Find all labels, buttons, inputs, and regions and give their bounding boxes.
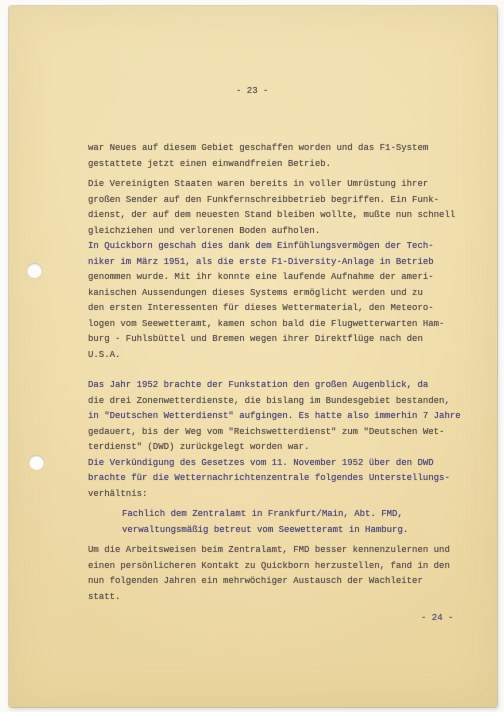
text-line: großen Sender auf den Funkfernschreibbet… (88, 193, 480, 209)
text-line: den ersten Interessenten für dieses Wett… (88, 301, 480, 317)
text-line: Um die Arbeitsweisen beim Zentralamt, FM… (88, 543, 480, 559)
text-line: verhältnis: (88, 487, 480, 503)
text-line: Die Vereinigten Staaten waren bereits in… (88, 177, 480, 193)
text-line: niker im März 1951, als die erste F1-Div… (88, 255, 480, 271)
document-page: - 23 - war Neues auf diesem Gebiet gesch… (9, 6, 497, 707)
text-line: einen persönlicheren Kontakt zu Quickbor… (88, 559, 480, 575)
page-number-header: - 23 - (236, 85, 268, 97)
text-line: dienst, der auf dem neuesten Stand bleib… (88, 208, 480, 224)
text-line: in "Deutschen Wetterdienst" aufgingen. E… (88, 409, 480, 425)
scan-background: - 23 - war Neues auf diesem Gebiet gesch… (0, 0, 504, 712)
text-line: statt. (88, 590, 480, 606)
punch-hole-top (27, 263, 42, 278)
text-line: Fachlich dem Zentralamt in Frankfurt/Mai… (88, 507, 480, 523)
text-line: die drei Zonenwetterdienste, die bislang… (88, 394, 480, 410)
text-line: terdienst" (DWD) zurückgelegt worden war… (88, 440, 480, 456)
text-line: verwaltungsmäßig betreut vom Seewetteram… (88, 523, 480, 539)
paragraph: war Neues auf diesem Gebiet geschaffen w… (88, 141, 480, 172)
paragraph: Fachlich dem Zentralamt in Frankfurt/Mai… (88, 507, 480, 538)
text-line: genommen wurde. Mit ihr konnte eine lauf… (88, 270, 480, 286)
text-line: kanischen Aussendungen dieses Systems er… (88, 286, 480, 302)
text-line: gedauert, bis der Weg vom "Reichswetterd… (88, 425, 480, 441)
page-content: war Neues auf diesem Gebiet geschaffen w… (88, 141, 480, 605)
punch-hole-bottom (29, 455, 44, 470)
text-line: burg - Fuhlsbüttel und Bremen wegen ihre… (88, 332, 480, 348)
paragraph: Um die Arbeitsweisen beim Zentralamt, FM… (88, 543, 480, 605)
paragraph: Die Vereinigten Staaten waren bereits in… (88, 177, 480, 363)
text-line: Die Verkündigung des Gesetzes vom 11. No… (88, 456, 480, 472)
text-line: gleichziehen und verlorenen Boden aufhol… (88, 224, 480, 240)
text-line: brachte für die Wetternachrichtenzentral… (88, 471, 480, 487)
text-line: Das Jahr 1952 brachte der Funkstation de… (88, 378, 480, 394)
paragraph: Das Jahr 1952 brachte der Funkstation de… (88, 378, 480, 502)
text-line: logen vom Seewetteramt, kamen schon bald… (88, 317, 480, 333)
text-line: U.S.A. (88, 348, 480, 364)
text-line: In Quickborn geschah dies dank dem Einfü… (88, 239, 480, 255)
text-line: gestattete jetzt einen einwandfreien Bet… (88, 157, 480, 173)
text-line: nun folgenden Jahren ein mehrwöchiger Au… (88, 574, 480, 590)
page-number-footer: - 24 - (421, 612, 453, 624)
text-line: war Neues auf diesem Gebiet geschaffen w… (88, 141, 480, 157)
